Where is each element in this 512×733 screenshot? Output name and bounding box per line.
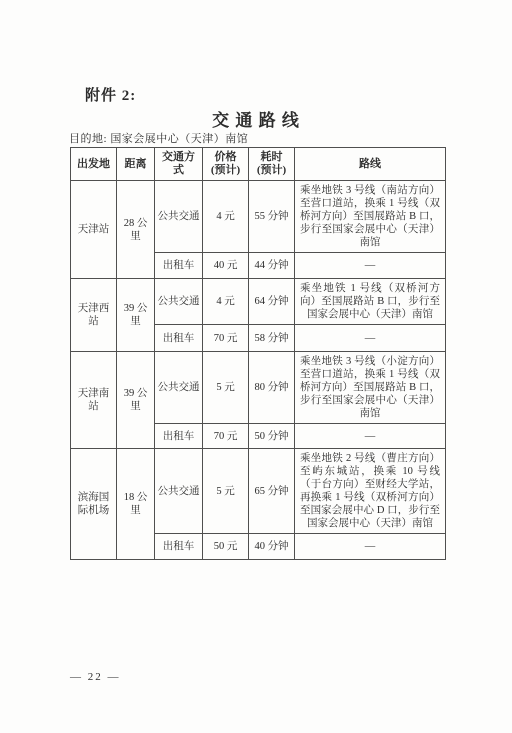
distance-cell: 39 公 里 — [117, 352, 155, 449]
document-page: 附件 2: 交 通 路 线 目的地: 国家会展中心（天津）南馆 出发地 距离 交… — [0, 0, 512, 733]
origin-cell: 滨海国 际机场 — [71, 449, 117, 560]
mode-cell: 公共交通 — [155, 279, 203, 325]
table-row: 滨海国 际机场 18 公 里 公共交通 5 元 65 分钟 乘坐地铁 2 号线（… — [71, 449, 446, 534]
table-row: 天津南 站 39 公 里 公共交通 5 元 80 分钟 乘坐地铁 3 号线（小淀… — [71, 352, 446, 424]
distance-cell: 39 公 里 — [117, 279, 155, 352]
time-cell: 44 分钟 — [249, 253, 295, 279]
route-cell: 乘坐地铁 3 号线（小淀方向）至营口道站，换乘 1 号线（双桥河方向）至国展路站… — [295, 352, 446, 424]
price-cell: 70 元 — [203, 424, 249, 449]
mode-cell: 出租车 — [155, 325, 203, 352]
destination-label: 目的地: — [69, 133, 107, 145]
origin-cell: 天津站 — [71, 181, 117, 279]
time-cell: 40 分钟 — [249, 534, 295, 560]
page-number: — 22 — — [70, 671, 121, 683]
distance-cell: 18 公 里 — [117, 449, 155, 560]
price-cell: 5 元 — [203, 352, 249, 424]
mode-cell: 出租车 — [155, 424, 203, 449]
table-row: 天津西 站 39 公 里 公共交通 4 元 64 分钟 乘坐地铁 1 号线（双桥… — [71, 279, 446, 325]
header-origin: 出发地 — [71, 148, 117, 181]
transport-routes-table: 出发地 距离 交通方 式 价格 (预计) 耗时 (预计) 路线 天津站 28 公… — [70, 147, 446, 560]
header-distance: 距离 — [117, 148, 155, 181]
time-cell: 80 分钟 — [249, 352, 295, 424]
route-cell: 乘坐地铁 1 号线（双桥河方向）至国展路站 B 口，步行至国家会展中心（天津）南… — [295, 279, 446, 325]
time-cell: 55 分钟 — [249, 181, 295, 253]
price-cell: 4 元 — [203, 279, 249, 325]
origin-cell: 天津西 站 — [71, 279, 117, 352]
route-cell: — — [295, 325, 446, 352]
mode-cell: 公共交通 — [155, 352, 203, 424]
header-price: 价格 (预计) — [203, 148, 249, 181]
table-header-row: 出发地 距离 交通方 式 价格 (预计) 耗时 (预计) 路线 — [71, 148, 446, 181]
price-cell: 70 元 — [203, 325, 249, 352]
price-cell: 50 元 — [203, 534, 249, 560]
header-route: 路线 — [295, 148, 446, 181]
price-cell: 5 元 — [203, 449, 249, 534]
time-cell: 64 分钟 — [249, 279, 295, 325]
time-cell: 50 分钟 — [249, 424, 295, 449]
time-cell: 58 分钟 — [249, 325, 295, 352]
price-cell: 4 元 — [203, 181, 249, 253]
time-cell: 65 分钟 — [249, 449, 295, 534]
price-cell: 40 元 — [203, 253, 249, 279]
mode-cell: 公共交通 — [155, 449, 203, 534]
route-cell: 乘坐地铁 2 号线（曹庄方向）至屿东城站，换乘 10 号线（于台方向）至财经大学… — [295, 449, 446, 534]
route-cell: — — [295, 424, 446, 449]
route-cell: — — [295, 253, 446, 279]
mode-cell: 出租车 — [155, 534, 203, 560]
route-cell: — — [295, 534, 446, 560]
destination-value: 国家会展中心（天津）南馆 — [110, 133, 248, 145]
route-cell: 乘坐地铁 3 号线（南站方向）至营口道站，换乘 1 号线（双桥河方向）至国展路站… — [295, 181, 446, 253]
page-title: 交 通 路 线 — [0, 106, 512, 131]
attachment-label: 附件 2: — [85, 84, 136, 105]
mode-cell: 出租车 — [155, 253, 203, 279]
header-mode: 交通方 式 — [155, 148, 203, 181]
table-row: 天津站 28 公 里 公共交通 4 元 55 分钟 乘坐地铁 3 号线（南站方向… — [71, 181, 446, 253]
origin-cell: 天津南 站 — [71, 352, 117, 449]
distance-cell: 28 公 里 — [117, 181, 155, 279]
mode-cell: 公共交通 — [155, 181, 203, 253]
header-time: 耗时 (预计) — [249, 148, 295, 181]
destination-line: 目的地: 国家会展中心（天津）南馆 — [69, 130, 248, 146]
